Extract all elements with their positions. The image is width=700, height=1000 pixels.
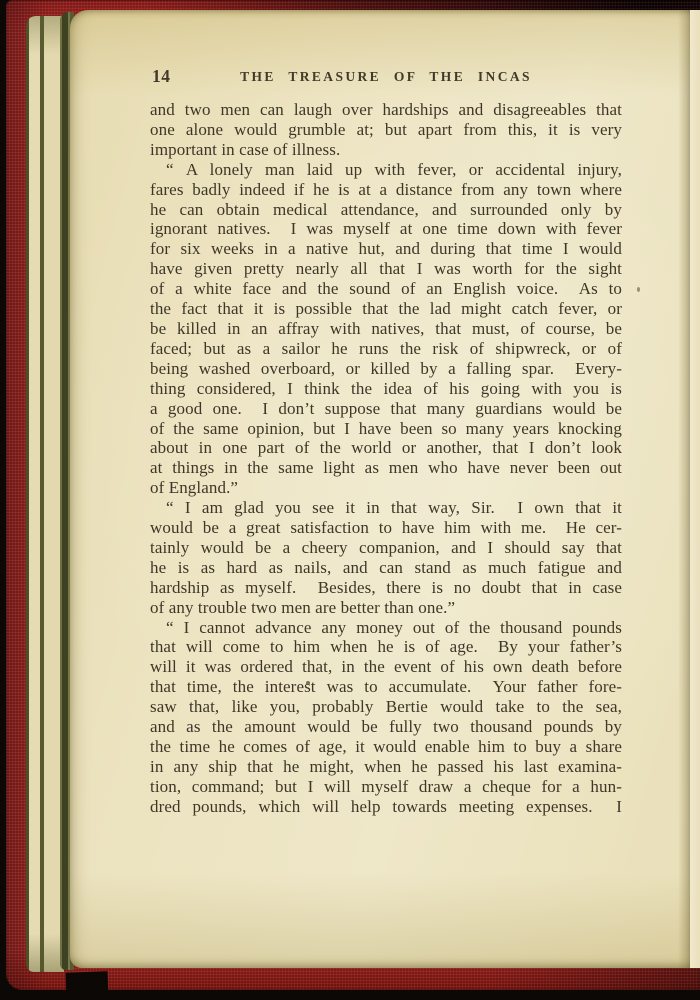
- text-line: of any trouble two men are better than o…: [150, 598, 622, 618]
- text-line: “ A lonely man laid up with fever, or ac…: [150, 160, 622, 180]
- text-line: of the same opinion, but I have been so …: [150, 419, 622, 439]
- running-header: THE TREASURE OF THE INCAS: [150, 66, 622, 85]
- text-line: and two men can laugh over hardships and…: [150, 100, 622, 120]
- text-line: be killed in an affray with natives, tha…: [150, 319, 622, 339]
- text-line: dred pounds, which will help towards mee…: [150, 797, 622, 817]
- fold-shadow: [678, 10, 690, 968]
- text-line: the time he comes of age, it would enabl…: [150, 737, 622, 757]
- text-line: of England.”: [150, 478, 622, 498]
- text-line: a good one. I don’t suppose that many gu…: [150, 399, 622, 419]
- text-line: have given pretty nearly all that I was …: [150, 259, 622, 279]
- text-line: being washed overboard, or killed by a f…: [150, 359, 622, 379]
- text-line: “ I am glad you see it in that way, Sir.…: [150, 498, 622, 518]
- text-line: will it was ordered that, in the event o…: [150, 657, 622, 677]
- ink-speck: [306, 681, 310, 685]
- text-line: in any ship that he might, when he passe…: [150, 757, 622, 777]
- page-header: 14 THE TREASURE OF THE INCAS: [150, 66, 622, 90]
- text-line: the fact that it is possible that the la…: [150, 299, 622, 319]
- text-line: at things in the same light as men who h…: [150, 458, 622, 478]
- text-line: “ I cannot advance any money out of the …: [150, 618, 622, 638]
- text-line: for six weeks in a native hut, and durin…: [150, 239, 622, 259]
- text-line: one alone would grumble at; but apart fr…: [150, 120, 622, 140]
- text-line: tion, command; but I will myself draw a …: [150, 777, 622, 797]
- cover-gap: [66, 971, 109, 1000]
- paragraph: “ I am glad you see it in that way, Sir.…: [150, 498, 622, 617]
- text-line: he can obtain medical attendance, and su…: [150, 200, 622, 220]
- ink-speck: [637, 287, 640, 292]
- text-line: saw that, like you, probably Bertie woul…: [150, 697, 622, 717]
- page-body: and two men can laugh over hardships and…: [150, 100, 622, 817]
- text-line: and as the amount would be fully two tho…: [150, 717, 622, 737]
- text-line: he is as hard as nails, and can stand as…: [150, 558, 622, 578]
- page-number: 14: [152, 66, 171, 87]
- book-photo: 14 THE TREASURE OF THE INCAS and two men…: [0, 0, 700, 1000]
- paragraph: “ I cannot advance any money out of the …: [150, 618, 622, 817]
- text-line: would be a great satisfaction to have hi…: [150, 518, 622, 538]
- text-line: of a white face and the sound of an Engl…: [150, 279, 622, 299]
- fore-edge-strip: [690, 10, 700, 968]
- text-line: ignorant natives. I was myself at one ti…: [150, 219, 622, 239]
- page-stack-edge: [26, 16, 64, 972]
- text-line: that time, the interest was to accumulat…: [150, 677, 622, 697]
- paragraph: “ A lonely man laid up with fever, or ac…: [150, 160, 622, 498]
- text-line: faced; but as a sailor he runs the risk …: [150, 339, 622, 359]
- book-page: 14 THE TREASURE OF THE INCAS and two men…: [70, 10, 700, 968]
- text-line: hardship as myself. Besides, there is no…: [150, 578, 622, 598]
- text-line: that will come to him when he is of age.…: [150, 637, 622, 657]
- text-line: tainly would be a cheery companion, and …: [150, 538, 622, 558]
- text-line: thing considered, I think the idea of hi…: [150, 379, 622, 399]
- paragraph: and two men can laugh over hardships and…: [150, 100, 622, 160]
- text-line: important in case of illness.: [150, 140, 622, 160]
- text-line: fares badly indeed if he is at a distanc…: [150, 180, 622, 200]
- text-line: about in one part of the world or anothe…: [150, 438, 622, 458]
